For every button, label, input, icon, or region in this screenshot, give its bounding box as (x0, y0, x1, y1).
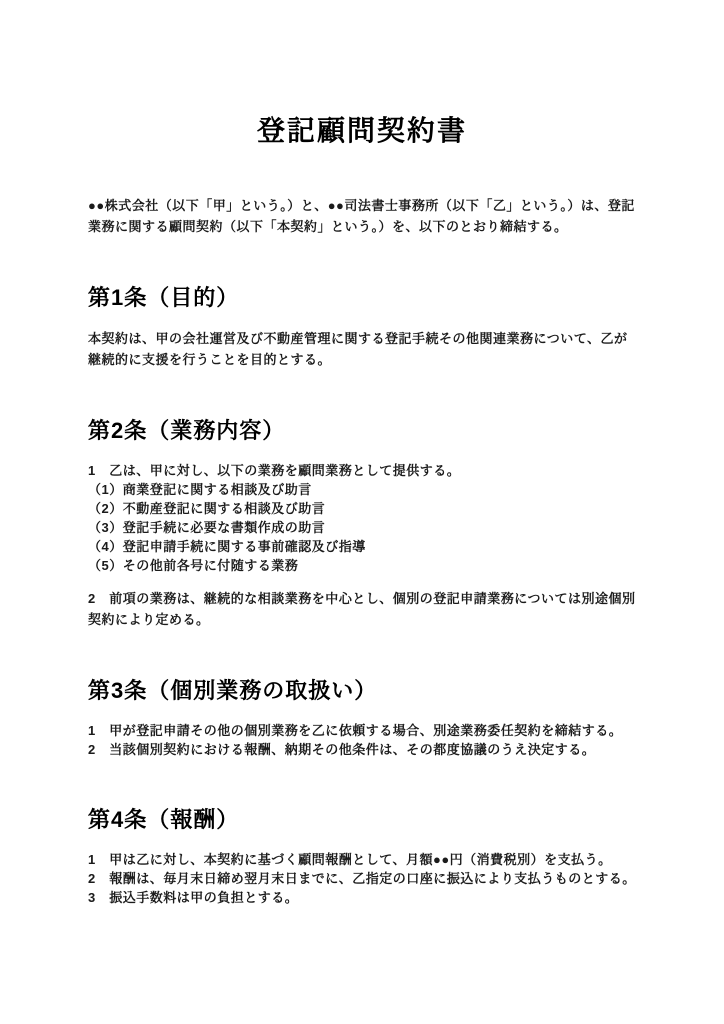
article-3-clause-1: 1 甲が登記申請その他の個別業務を乙に依頼する場合、別途業務委任契約を締結する。 (88, 721, 636, 740)
article-4: 第4条（報酬） 1 甲は乙に対し、本契約に基づく顧問報酬として、月額●●円（消費… (88, 807, 636, 907)
article-2-item-4: （4）登記申請手続に関する事前確認及び指導 (88, 537, 636, 556)
article-4-clause-3: 3 振込手数料は甲の負担とする。 (88, 888, 636, 907)
article-2-clause-1: 1 乙は、甲に対し、以下の業務を顧問業務として提供する。 (88, 461, 636, 480)
article-3: 第3条（個別業務の取扱い） 1 甲が登記申請その他の個別業務を乙に依頼する場合、… (88, 678, 636, 759)
contract-document-page: 登記顧問契約書 ●●株式会社（以下「甲」という。）と、●●司法書士事務所（以下「… (0, 0, 724, 1024)
article-2-item-5: （5）その他前各号に付随する業務 (88, 556, 636, 575)
article-2-heading: 第2条（業務内容） (88, 418, 636, 444)
article-1-body: 本契約は、甲の会社運営及び不動産管理に関する登記手続その他関連業務について、乙が… (88, 328, 636, 370)
preamble-paragraph: ●●株式会社（以下「甲」という。）と、●●司法書士事務所（以下「乙」という。）は… (88, 195, 636, 237)
article-4-clause-2: 2 報酬は、毎月末日締め翌月末日までに、乙指定の口座に振込により支払うものとする… (88, 869, 636, 888)
article-1: 第1条（目的） 本契約は、甲の会社運営及び不動産管理に関する登記手続その他関連業… (88, 285, 636, 370)
document-title: 登記顧問契約書 (88, 112, 636, 150)
article-2-item-2: （2）不動産登記に関する相談及び助言 (88, 499, 636, 518)
article-4-heading: 第4条（報酬） (88, 807, 636, 833)
article-2-clause-2: 2 前項の業務は、継続的な相談業務を中心とし、個別の登記申請業務については別途個… (88, 588, 636, 630)
article-3-heading: 第3条（個別業務の取扱い） (88, 678, 636, 704)
article-1-heading: 第1条（目的） (88, 285, 636, 311)
article-4-clause-1: 1 甲は乙に対し、本契約に基づく顧問報酬として、月額●●円（消費税別）を支払う。 (88, 850, 636, 869)
article-2-item-1: （1）商業登記に関する相談及び助言 (88, 480, 636, 499)
article-2-item-3: （3）登記手続に必要な書類作成の助言 (88, 518, 636, 537)
article-2: 第2条（業務内容） 1 乙は、甲に対し、以下の業務を顧問業務として提供する。 （… (88, 418, 636, 630)
article-3-clause-2: 2 当該個別契約における報酬、納期その他条件は、その都度協議のうえ決定する。 (88, 740, 636, 759)
